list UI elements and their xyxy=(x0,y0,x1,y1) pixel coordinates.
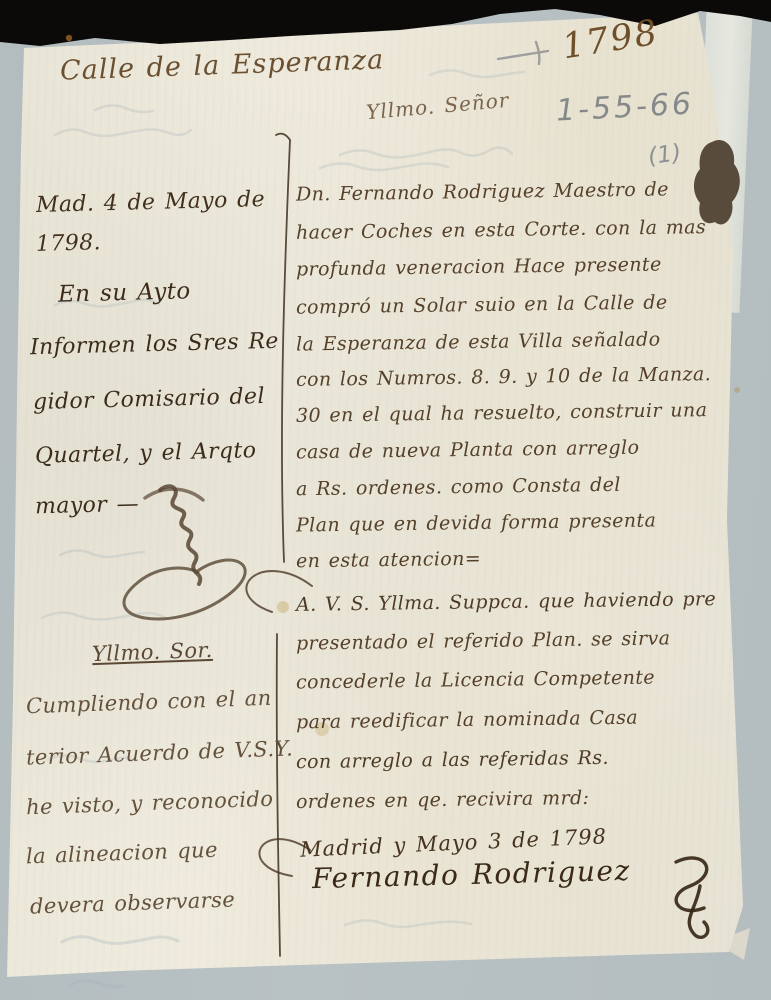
signature-rubric xyxy=(676,858,708,937)
ink-blot xyxy=(694,140,740,224)
manuscript-scan: Calle de la Esperanza 1798 1-55-66 (1) Y… xyxy=(0,0,771,1000)
report-heading: Yllmo. Sor. xyxy=(92,638,213,666)
petition-line: en esta atencion= xyxy=(296,548,481,573)
page-mark: (1) xyxy=(646,140,683,170)
archive-ref: 1-55-66 xyxy=(555,86,695,128)
decree-line: En su Ayto xyxy=(58,278,191,307)
decree-date-line2: 1798. xyxy=(36,230,102,257)
column-divider xyxy=(276,134,290,956)
petition-line: ordenes en qe. recivira mrd: xyxy=(296,787,590,813)
petition-line: con arreglo a las referidas Rs. xyxy=(296,747,609,773)
petition-line: a Rs. ordenes. como Consta del xyxy=(296,474,621,501)
cross-mark xyxy=(498,42,548,64)
decree-line: mayor — xyxy=(35,492,140,520)
